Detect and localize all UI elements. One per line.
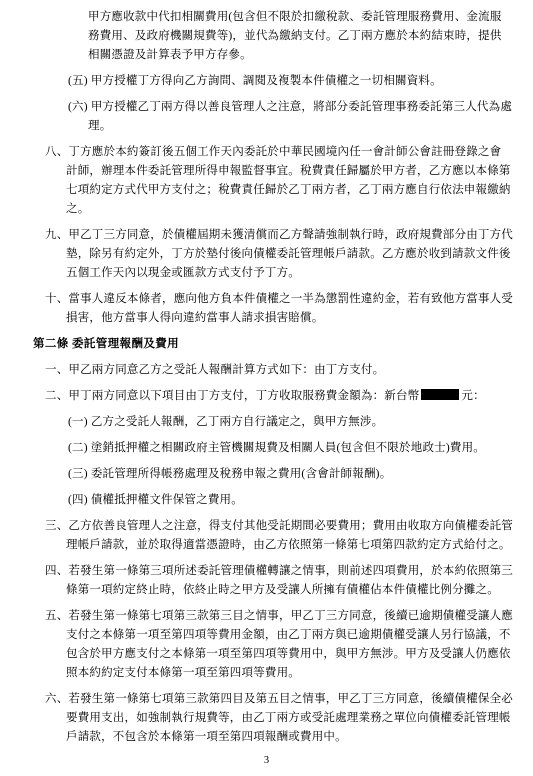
page-number: 3 <box>0 754 533 768</box>
redacted-amount-box <box>421 389 459 400</box>
para-article2-item-4: 四、若發生第一條第三項所述委託管理債權轉讓之情事，則前述四項費用，於本約依照第三… <box>45 562 533 600</box>
para-article2-sub-item-2: (二) 塗銷抵押權之相關政府主管機關規費及相關人員(包含但不限於地政士)費用。 <box>68 439 533 458</box>
item-2-text-suffix: 元： <box>461 390 484 402</box>
para-article2-item-1: 一、甲乙兩方同意乙方之受託人報酬計算方式如下：由丁方支付。 <box>45 361 533 380</box>
heading-article-2: 第二條 委託管理報酬及費用 <box>33 335 533 354</box>
para-article1-item-10: 十、當事人違反本條者，應向他方負本件債權之一半為懲罰性違約金，若有致他方當事人受… <box>45 290 533 328</box>
para-article1-sub-item-5: (五) 甲方授權丁方得向乙方詢問、調閱及複製本件債權之一切相關資料。 <box>68 72 533 91</box>
para-article2-item-2: 二、甲丁兩方同意以下項目由丁方支付，丁方收取服務費金額為：新台幣元： <box>45 387 533 406</box>
para-article2-sub-item-4: (四) 債權抵押權文件保管之費用。 <box>68 491 533 510</box>
para-article2-sub-item-1: (一) 乙方之受託人報酬，乙丁兩方自行議定之，與甲方無涉。 <box>68 413 533 432</box>
para-article1-sub-item-6: (六) 甲方授權乙丁兩方得以善良管理人之注意，將部分委託管理事務委託第三人代為處… <box>68 98 533 136</box>
para-article2-item-5: 五、若發生第一條第七項第三款第三目之情事，甲乙丁三方同意，後續已逾期債權受讓人應… <box>45 607 533 683</box>
item-2-text-prefix: 二、甲丁兩方同意以下項目由丁方支付，丁方收取服務費金額為：新台幣 <box>45 390 419 402</box>
para-article2-item-6: 六、若發生第一條第七項第三款第四目及第五目之情事，甲乙丁三方同意，後續債權保全必… <box>45 690 533 747</box>
contract-page: 甲方應收款中代扣相關費用(包含但不限於扣繳稅款、委託管理服務費用、金流服 務費用… <box>0 0 533 776</box>
para-fee-deduction-continuation: 甲方應收款中代扣相關費用(包含但不限於扣繳稅款、委託管理服務費用、金流服 務費用… <box>88 8 533 65</box>
para-article1-item-8: 八、丁方應於本約簽訂後五個工作天內委託於中華民國境內任一會計師公會註冊登錄之會 … <box>45 143 533 219</box>
para-article2-item-3: 三、乙方依善良管理人之注意，得支付其他受託期間必要費用；費用由收取方向債權委託管… <box>45 517 533 555</box>
para-article1-item-9: 九、甲乙丁三方同意，於債權屆期未獲清償而乙方聲請強制執行時，政府規費部分由丁方代… <box>45 226 533 283</box>
para-article2-sub-item-3: (三) 委託管理所得帳務處理及稅務申報之費用(含會計師報酬)。 <box>68 465 533 484</box>
